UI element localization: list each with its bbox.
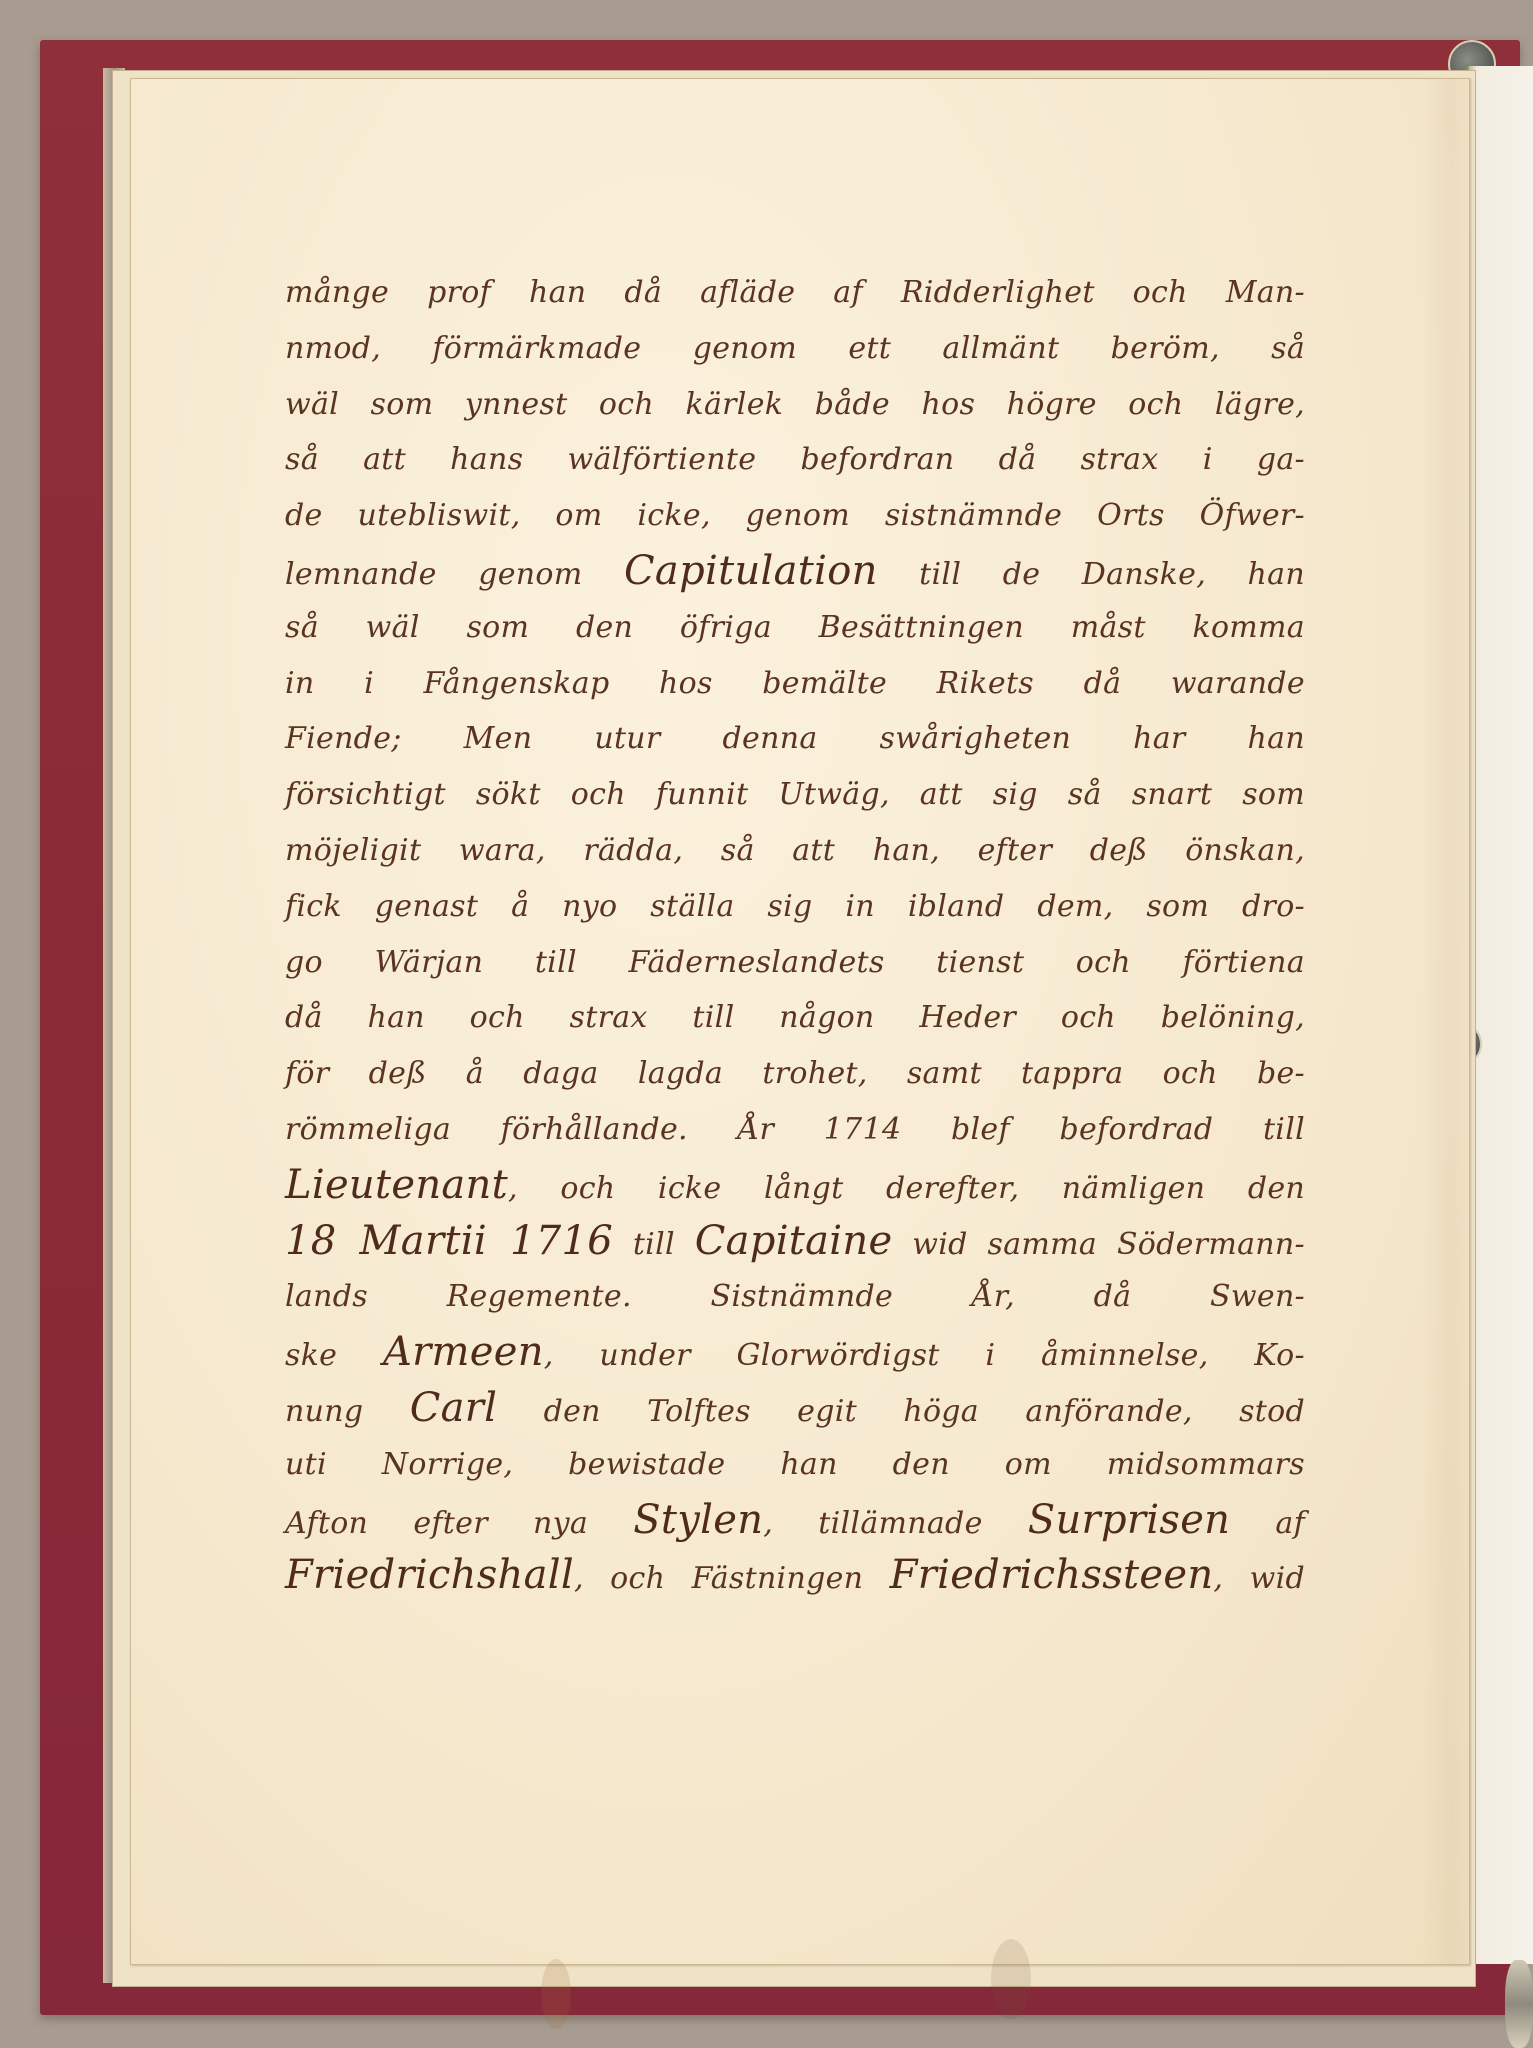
text-line: nung Carl den Tolftes egit höga anförand…: [285, 1381, 1305, 1437]
text-line: ske Armeen, under Glorwördigst i åminnel…: [285, 1325, 1305, 1381]
stain: [991, 1939, 1031, 2019]
emphasized-word: Stylen: [633, 1497, 763, 1543]
text-line: försichtigt sökt och funnit Utwäg, att s…: [285, 767, 1305, 823]
emphasized-word: Friedrichssteen: [890, 1552, 1214, 1598]
stain: [541, 1959, 571, 2029]
text-line: in i Fångenskap hos bemälte Rikets då wa…: [285, 656, 1305, 712]
binding-cord-tassel: [1505, 1960, 1533, 2048]
text-line: 18 Martii 1716 till Capitaine wid samma …: [285, 1214, 1305, 1270]
page-crease: [1421, 79, 1481, 1964]
emphasized-word: Capitulation: [624, 548, 878, 594]
text-line: römmeliga förhållande. År 1714 blef befo…: [285, 1102, 1305, 1158]
emphasized-word: Capitaine: [695, 1218, 893, 1264]
emphasized-word: Armeen: [383, 1329, 544, 1375]
text-line: de utebliswit, om icke, genom sistnämnde…: [285, 488, 1305, 544]
text-line: wäl som ynnest och kärlek både hos högre…: [285, 377, 1305, 433]
text-line: lemnande genom Capitulation till de Dans…: [285, 544, 1305, 600]
emphasized-word: Lieutenant: [285, 1162, 508, 1208]
text-line: så att hans wälförtiente befordran då st…: [285, 432, 1305, 488]
text-line: lands Regemente. Sistnämnde År, då Swen-: [285, 1269, 1305, 1325]
text-line: Lieutenant, och icke långt derefter, näm…: [285, 1158, 1305, 1214]
emphasized-word: Carl: [410, 1385, 498, 1431]
text-line: uti Norrige, bewistade han den om midsom…: [285, 1437, 1305, 1493]
text-line: Friedrichshall, och Fästningen Friedrich…: [285, 1548, 1305, 1604]
emphasized-word: Surprisen: [1028, 1497, 1230, 1543]
text-line: nmod, förmärkmade genom ett allmänt berö…: [285, 321, 1305, 377]
emphasized-word: 18 Martii 1716: [285, 1218, 613, 1264]
text-line: för deß å daga lagda trohet, samt tappra…: [285, 1046, 1305, 1102]
text-line: Afton efter nya Stylen, tillämnade Surpr…: [285, 1493, 1305, 1549]
text-line: möjeligit wara, rädda, så att han, efter…: [285, 823, 1305, 879]
manuscript-text: månge prof han då afläde af Ridderlighet…: [285, 265, 1305, 1604]
text-line: så wäl som den öfriga Besättningen måst …: [285, 600, 1305, 656]
text-line: go Wärjan till Fäderneslandets tienst oc…: [285, 935, 1305, 991]
text-line: Fiende; Men utur denna swårigheten har h…: [285, 711, 1305, 767]
text-line: fick genast å nyo ställa sig in ibland d…: [285, 879, 1305, 935]
text-line: månge prof han då afläde af Ridderlighet…: [285, 265, 1305, 321]
text-line: då han och strax till någon Heder och be…: [285, 990, 1305, 1046]
emphasized-word: Friedrichshall: [285, 1552, 574, 1598]
